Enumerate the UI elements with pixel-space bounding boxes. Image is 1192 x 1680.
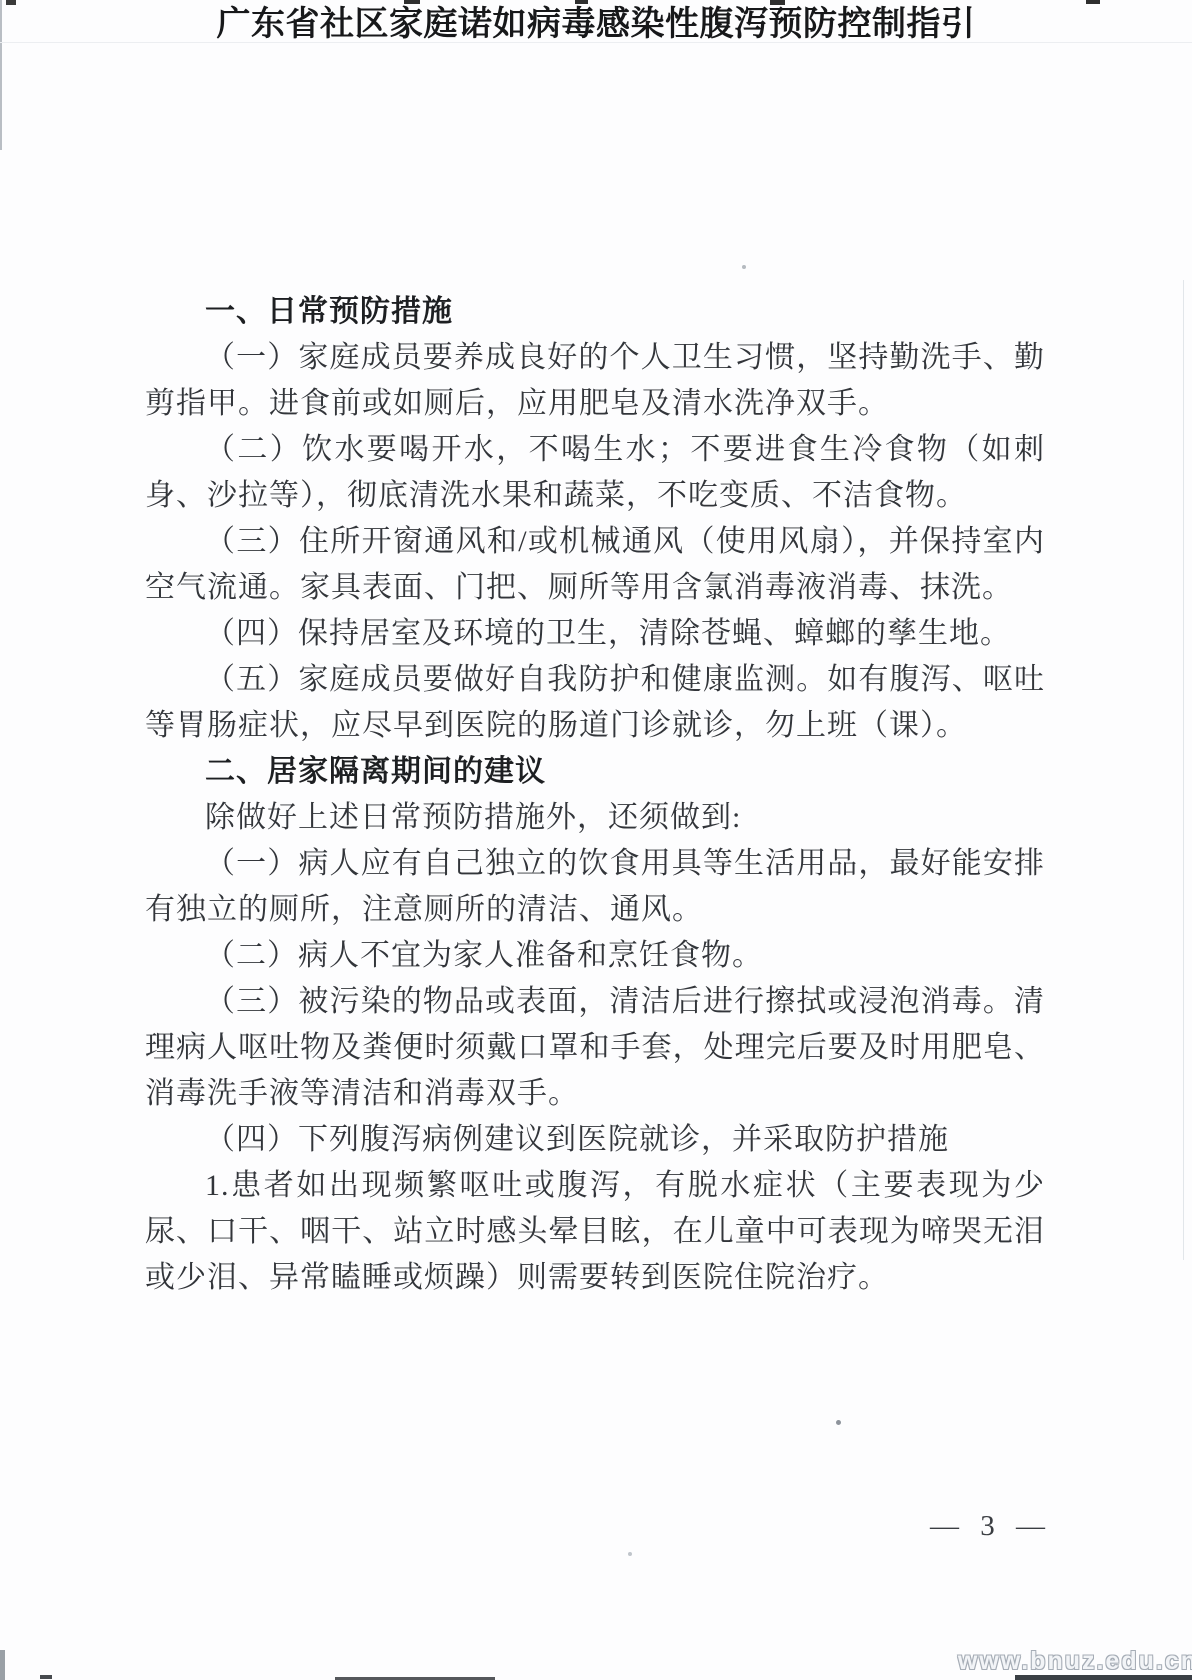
paragraph: 1.患者如出现频繁呕吐或腹泻，有脱水症状（主要表现为少尿、口干、咽干、站立时感头… bbox=[145, 1163, 1045, 1301]
sections-container: 一、日常预防措施（一）家庭成员要养成良好的个人卫生习惯，坚持勤洗手、勤剪指甲。进… bbox=[145, 289, 1045, 1301]
scan-artifact-top-speck bbox=[404, 0, 420, 4]
scan-artifact-dot bbox=[742, 265, 746, 269]
scanned-document-page: 广东省社区家庭诺如病毒感染性腹泻预防控制指引 一、日常预防措施（一）家庭成员要养… bbox=[0, 0, 1192, 1680]
scan-artifact-top-speck bbox=[1086, 0, 1100, 4]
scan-artifact-faint-line bbox=[0, 42, 1192, 43]
document-body: 一、日常预防措施（一）家庭成员要养成良好的个人卫生习惯，坚持勤洗手、勤剪指甲。进… bbox=[145, 289, 1045, 1301]
scan-artifact-left-edge bbox=[0, 0, 2, 150]
section-heading: 二、居家隔离期间的建议 bbox=[145, 749, 1045, 795]
paragraph: （三）被污染的物品或表面，清洁后进行擦拭或浸泡消毒。清理病人呕吐物及粪便时须戴口… bbox=[145, 979, 1045, 1117]
scan-artifact-corner bbox=[0, 1650, 5, 1680]
scan-artifact-right-edge bbox=[1183, 280, 1184, 1260]
paragraph: （五）家庭成员要做好自我防护和健康监测。如有腹泻、呕吐等胃肠症状，应尽早到医院的… bbox=[145, 657, 1045, 749]
paragraph: （一）病人应有自己独立的饮食用具等生活用品，最好能安排有独立的厕所，注意厕所的清… bbox=[145, 841, 1045, 933]
section-heading: 一、日常预防措施 bbox=[145, 289, 1045, 335]
page-number: — 3 — bbox=[930, 1506, 1045, 1546]
paragraph: （一）家庭成员要养成良好的个人卫生习惯，坚持勤洗手、勤剪指甲。进食前或如厕后，应… bbox=[145, 335, 1045, 427]
document-title: 广东省社区家庭诺如病毒感染性腹泻预防控制指引 bbox=[0, 0, 1192, 48]
paragraph: 除做好上述日常预防措施外，还须做到: bbox=[145, 795, 1045, 841]
watermark: www.bnuz.edu.cn bbox=[958, 1647, 1192, 1676]
scan-artifact-bottom-speck bbox=[1015, 1675, 1192, 1680]
paragraph: （三）住所开窗通风和/或机械通风（使用风扇），并保持室内空气流通。家具表面、门把… bbox=[145, 519, 1045, 611]
paragraph: （四）保持居室及环境的卫生，清除苍蝇、蟑螂的孳生地。 bbox=[145, 611, 1045, 657]
scan-artifact-dot bbox=[836, 1420, 841, 1425]
scan-artifact-dot bbox=[628, 1552, 632, 1556]
scan-artifact-top-speck bbox=[770, 0, 785, 5]
scan-artifact-top-speck bbox=[575, 0, 588, 4]
paragraph: （二）病人不宜为家人准备和烹饪食物。 bbox=[145, 933, 1045, 979]
scan-artifact-top-speck bbox=[6, 0, 16, 5]
scan-artifact-bottom-speck bbox=[40, 1675, 52, 1679]
paragraph: （四）下列腹泻病例建议到医院就诊，并采取防护措施 bbox=[145, 1117, 1045, 1163]
paragraph: （二）饮水要喝开水，不喝生水；不要进食生冷食物（如刺身、沙拉等），彻底清洗水果和… bbox=[145, 427, 1045, 519]
